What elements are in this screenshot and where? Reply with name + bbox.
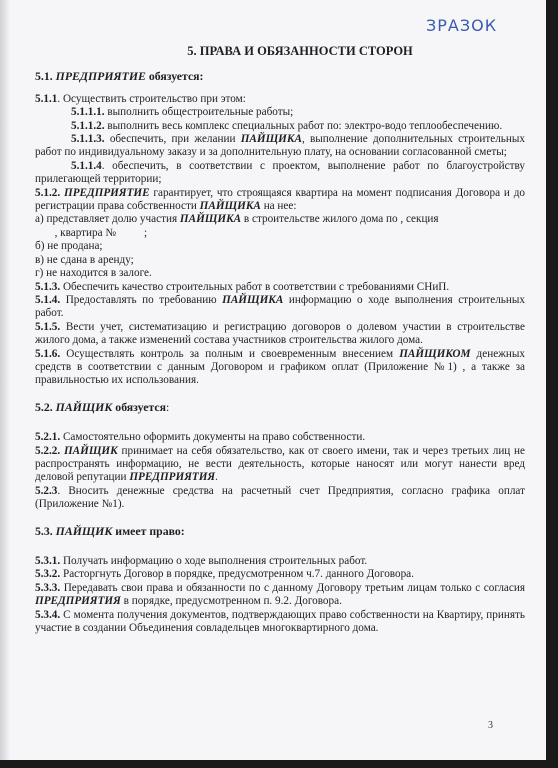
clause-5-1-1-1: 5.1.1.1. выполнить общестроительные рабо… <box>35 106 525 119</box>
clause-5-1-1: 5.1.1. Осуществить строительство при это… <box>35 93 525 106</box>
clause-5-3-3: 5.3.3. Передавать свои права и обязаннос… <box>35 582 525 609</box>
clause-5-1-2-b: б) не продана; <box>35 240 525 253</box>
section-5-3-heading: 5.3. ПАЙЩИК имеет право: <box>35 525 525 538</box>
clause-5-2-1: 5.2.1. Самостоятельно оформить документы… <box>35 431 525 444</box>
clause-5-1-1-4: 5.1.1.4. обеспечить, в соответствии с пр… <box>35 160 525 187</box>
section-5-2-heading: 5.2. ПАЙЩИК обязуется: <box>35 401 525 414</box>
document-body: 5. ПРАВА И ОБЯЗАННОСТИ СТОРОН 5.1. ПРЕДП… <box>35 45 525 635</box>
section-5-1-heading: 5.1. ПРЕДПРИЯТИЕ обязуется: <box>35 70 525 83</box>
clause-5-2-2: 5.2.2. ПАЙЩИК принимает на себя обязател… <box>35 445 525 485</box>
clause-5-1-1-2: 5.1.1.2. выполнить весь комплекс специал… <box>35 120 525 133</box>
clause-5-1-6: 5.1.6. Осуществлять контроль за полным и… <box>35 348 525 388</box>
clause-5-1-3: 5.1.3. Обеспечить качество строительных … <box>35 281 525 294</box>
clause-5-1-2-a-cont: , квартира № ; <box>35 227 525 240</box>
sample-stamp: ЗРАЗОК <box>426 16 497 35</box>
clause-5-1-2-a: а) представляет долю участия ПАЙЩИКА в с… <box>35 213 525 226</box>
clause-5-1-5: 5.1.5. Вести учет, систематизацию и реги… <box>35 321 525 348</box>
clause-5-3-4: 5.3.4. С момента получения документов, п… <box>35 609 525 636</box>
clause-5-1-2: 5.1.2. ПРЕДПРИЯТИЕ гарантирует, что стро… <box>35 187 525 214</box>
clause-5-1-2-g: г) не находится в залоге. <box>35 267 525 280</box>
clause-5-3-1: 5.3.1. Получать информацию о ходе выполн… <box>35 555 525 568</box>
section-title: 5. ПРАВА И ОБЯЗАННОСТИ СТОРОН <box>35 45 525 58</box>
clause-5-3-2: 5.3.2. Расторгнуть Договор в порядке, пр… <box>35 568 525 581</box>
clause-5-1-2-v: в) не сдана в аренду; <box>35 254 525 267</box>
clause-5-1-4: 5.1.4. Предоставлять по требованию ПАЙЩИ… <box>35 294 525 321</box>
clause-5-2-3: 5.2.3. Вносить денежные средства на расч… <box>35 485 525 512</box>
clause-5-1-1-3: 5.1.1.3. обеспечить, при желании ПАЙЩИКА… <box>35 133 525 160</box>
page-number: 3 <box>488 720 493 731</box>
document-page: ЗРАЗОК 5. ПРАВА И ОБЯЗАННОСТИ СТОРОН 5.1… <box>0 0 546 760</box>
